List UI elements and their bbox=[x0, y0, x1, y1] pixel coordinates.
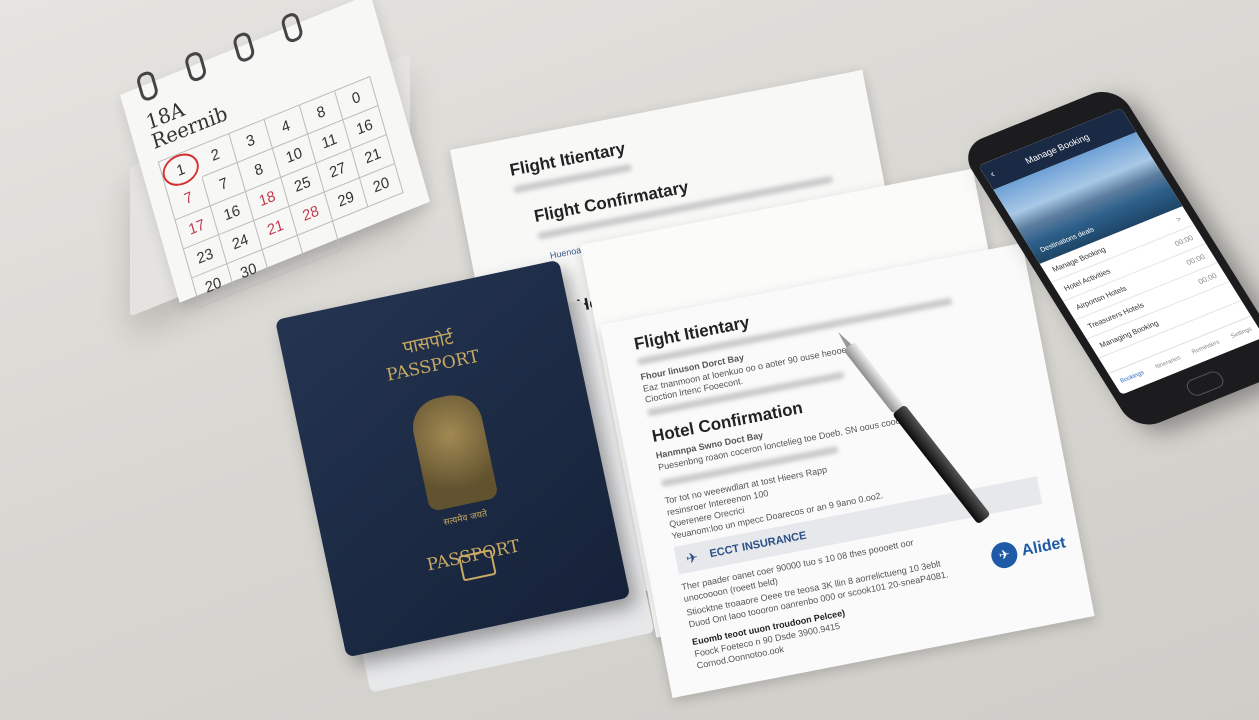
back-icon[interactable]: ‹ bbox=[988, 169, 997, 180]
desk-calendar: 18A Reernib 1234807781011161716182527212… bbox=[120, 0, 430, 303]
tab-reminders[interactable]: Reminders bbox=[1191, 340, 1221, 356]
airline-logo: ✈ Alidet bbox=[989, 530, 1068, 570]
home-button[interactable] bbox=[1184, 369, 1227, 398]
biometric-chip-icon bbox=[458, 549, 497, 582]
airplane-icon: ✈ bbox=[989, 540, 1019, 570]
tab-itineraries[interactable]: Itineraries bbox=[1154, 355, 1182, 370]
tab-settings[interactable]: Settings bbox=[1230, 327, 1253, 340]
document-front: Flight Itientary Fhour linuson Dorct Bay… bbox=[600, 243, 1095, 698]
plane-icon: ✈ bbox=[685, 549, 700, 568]
national-emblem-icon bbox=[407, 390, 498, 512]
tab-bookings[interactable]: Bookings bbox=[1119, 370, 1145, 384]
